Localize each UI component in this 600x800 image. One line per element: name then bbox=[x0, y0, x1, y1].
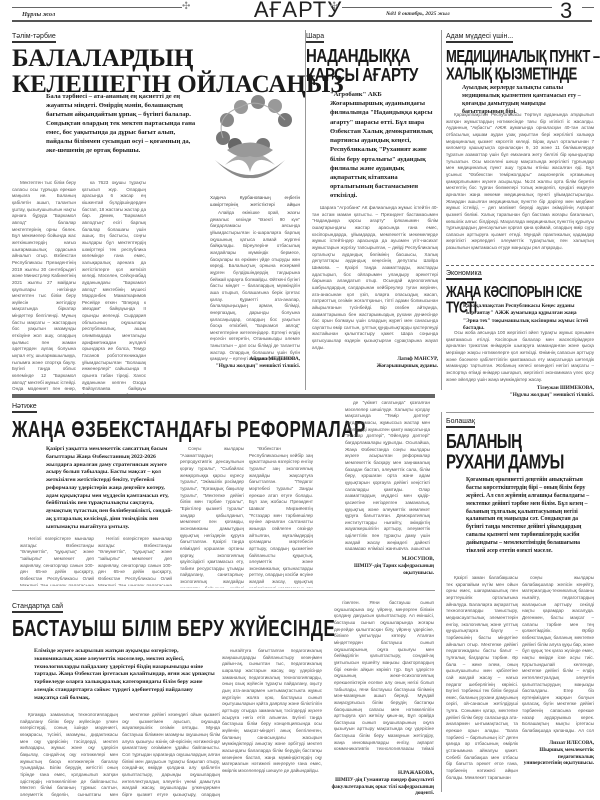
body-column: Қазіргі заман балабақшасы тек қарапайым … bbox=[446, 575, 518, 795]
signature: М.ЮСУПОВ, ШМПУ-дің Тарих кафедрасының оқ… bbox=[330, 556, 434, 576]
headline-line: ХАЛЫҚ ҚЫЗМЕТІНДЕ bbox=[446, 65, 600, 83]
body-paragraph: Қарақалпақстан Республикасы Төрткүл ауда… bbox=[446, 112, 594, 252]
author-title: ШМПУ-дің Тарих кафедрасының оқытушысы. bbox=[330, 563, 434, 577]
section-separator bbox=[446, 412, 594, 413]
lead-paragraph: Қазіргі уақытта мемлекеттік саясаттың ба… bbox=[46, 446, 176, 531]
signature: Н.РАЖАБОВА, ШМПУ-дің Гуманитар пәндер фа… bbox=[322, 770, 434, 797]
body-column: Қарақалпақстан Республикасы Төрткүл ауда… bbox=[446, 112, 594, 262]
body-column: нығайтуға бағытталған педагогикалық жаңа… bbox=[222, 648, 322, 798]
body-column: "Өзбекстан Республикасының кейбір заң құ… bbox=[249, 446, 313, 588]
body-column: де "үкімет сағатында" қозғалған мәселеле… bbox=[345, 400, 430, 550]
author-name: М.ЮСУПОВ, bbox=[330, 556, 434, 563]
rubric: Болашақ bbox=[446, 418, 475, 428]
author-name: Латиф МАНСУР, bbox=[330, 356, 438, 363]
rubric: Шара bbox=[306, 33, 324, 43]
body-column: Негізгі өзгерістерге мыналар жатады: Өзб… bbox=[20, 536, 94, 586]
author-name: Тілеужан ШИМЕКОВА, bbox=[470, 385, 594, 392]
masthead-divider bbox=[12, 20, 592, 22]
body-paragraph: Негізгі өзгерістерге мыналар жатады: Өзб… bbox=[20, 536, 94, 586]
signature: Лиззат ИЛЕСОВА, Шыршық мемлекеттік педаг… bbox=[520, 740, 594, 767]
headline-line: ҚАРСЫ АҒАРТУ bbox=[306, 66, 418, 85]
lead-paragraph: Бала тәрбиесі – ата-ананың ең қасиетті д… bbox=[46, 93, 198, 156]
headline: ЖАҢА ӨЗБЕКСТАНДАҒЫ РЕФОРМАЛАР bbox=[12, 418, 366, 441]
column-divider bbox=[441, 30, 442, 390]
body-paragraph: Қазіргі заман балабақшасы тек қарапайым … bbox=[446, 575, 518, 781]
body-paragraph: соңғы жылдары балабақшалар желісін кеңей… bbox=[522, 575, 594, 735]
ornament-icon: ✣ bbox=[330, 1, 338, 12]
education-logo-icon bbox=[205, 90, 295, 190]
headline-line: БАЛАНЫҢ bbox=[446, 432, 564, 452]
body-paragraph: Негізгі өзгерістерге мыналар жатады: Өзб… bbox=[98, 536, 172, 586]
body-column: Қоғамда заманалық технологиялардың пайда… bbox=[20, 712, 118, 797]
body-column: гізелген. Яғни бастауыш сынып оқушыларын… bbox=[334, 600, 434, 750]
body-column: Мектептен тыс білім беру саласы осы тұрғ… bbox=[12, 180, 76, 395]
body-paragraph: мектепке дейінгі кезеңдегі ойын қызметі … bbox=[122, 712, 220, 797]
body-paragraph: де "үкімет сағатында" қозғалған мәселеле… bbox=[345, 400, 430, 550]
body-column: Алайда өкінішке орай, жазғы демалыс кезі… bbox=[210, 210, 300, 370]
headline: БАЛАНЫҢ РУХАНИ ДАМУЫ bbox=[446, 432, 564, 473]
column-divider bbox=[441, 412, 442, 792]
body-paragraph: Шараға "Агробанк" АК филиалында жұмыс іс… bbox=[312, 205, 438, 351]
body-column: Негізгі өзгерістерге мыналар жатады: Өзб… bbox=[98, 536, 172, 586]
body-paragraph: Осы жоба аясында 100 жергілікті әйел тұр… bbox=[446, 330, 594, 383]
image-caption: Хадича Курбанованың еңбегін шәкірттеріні… bbox=[210, 195, 300, 209]
rubric: Нәтиже bbox=[12, 403, 37, 413]
headline-line: НАДАНДЫҚҚА bbox=[306, 47, 418, 66]
author-title: Шыршық мемлекеттік педагогикалық универс… bbox=[520, 747, 594, 767]
headline: НАДАНДЫҚҚА ҚАРСЫ АҒАРТУ bbox=[306, 47, 418, 85]
section-divider bbox=[12, 394, 435, 398]
rubric: Экономика bbox=[446, 270, 482, 280]
body-column: ка 7623 оқушы тұрақты қатысып жүр. Олард… bbox=[82, 180, 146, 395]
rubric: Адам мүддесі үшін... bbox=[446, 33, 513, 43]
lead-paragraph: Қарақалпақстан Республикасы Кеңес ауданы… bbox=[463, 303, 591, 332]
body-column: Осы жоба аясында 100 жергілікті әйел тұр… bbox=[446, 330, 594, 384]
lead-paragraph: Еліміздe жүзеге асырылып жатқан ауқымды … bbox=[34, 648, 216, 702]
masthead-rule-end bbox=[582, 7, 594, 8]
body-paragraph: Мектептен тыс білім беру саласы осы тұрғ… bbox=[12, 180, 76, 395]
headline: БАСТАУЫШ БІЛІМ БЕРУ ЖҮЙЕСІНДЕ bbox=[12, 617, 335, 640]
headline-line: РУХАНИ ДАМУЫ bbox=[446, 452, 564, 472]
signature: Латиф МАНСУР, Жоғарышыршық ауданы. bbox=[330, 356, 438, 370]
body-paragraph: Алайда өкінішке орай, жазғы демалыс кезі… bbox=[210, 210, 300, 363]
headline: МЕДИЦИНАЛЫҚ ПУНКТ – ХАЛЫҚ ҚЫЗМЕТІНДЕ bbox=[446, 47, 600, 82]
masthead-rule-right bbox=[342, 7, 552, 8]
rubric: Стандартқа сай bbox=[12, 603, 63, 613]
rubric: Тәлім-тәрбие bbox=[12, 33, 56, 43]
ornament-icon: ✣ bbox=[182, 1, 190, 12]
headline-line: БАЛАЛАРДЫҢ bbox=[12, 47, 344, 71]
signature: Тілеужан ШИМЕКОВА, "Нұрлы жолдың" меншік… bbox=[470, 385, 594, 399]
section-divider bbox=[12, 590, 435, 591]
body-paragraph: гізелген. Яғни бастауыш сынып оқушыларын… bbox=[334, 600, 434, 750]
author-title: ШМПУ-дің Гуманитар пәндер факультеті фак… bbox=[322, 777, 434, 797]
body-column: Соңғы жылдары "Азаматтардың репродуктивт… bbox=[180, 446, 244, 588]
author-title: "Нұрлы жолдың" меншікті тілшісі. bbox=[200, 363, 300, 370]
body-column: мектепке дейінгі кезеңдегі ойын қызметі … bbox=[122, 712, 220, 797]
issue-date: №81 8 октябрь, 2025 жыл bbox=[386, 11, 450, 17]
author-title: Жоғарышыршық ауданы. bbox=[330, 363, 438, 370]
section-separator bbox=[446, 265, 594, 266]
author-name: Лиззат ИЛЕСОВА, bbox=[520, 740, 594, 747]
body-paragraph: Соңғы жылдары "Азаматтардың репродуктивт… bbox=[180, 446, 244, 588]
lead-paragraph: "Агробанк" АКБ Жоғарышыршық ауданындағы … bbox=[330, 90, 435, 201]
author-name: Н.РАЖАБОВА, bbox=[322, 770, 434, 777]
body-paragraph: ка 7623 оқушы тұрақты қатысып жүр. Олард… bbox=[82, 180, 146, 395]
body-column: соңғы жылдары балабақшалар желісін кеңей… bbox=[522, 575, 594, 735]
body-column: Шараға "Агробанк" АК филиалында жұмыс іс… bbox=[312, 205, 438, 355]
author-title: "Нұрлы жолдың" меншікті тілшісі. bbox=[470, 392, 594, 399]
paper-name: Нұрлы жол bbox=[22, 11, 55, 18]
lead-paragraph: Қоғамның өркениетті деңгейін анықтайтын … bbox=[466, 477, 594, 556]
body-paragraph: Қоғамда заманалық технологиялардың пайда… bbox=[20, 712, 118, 797]
masthead-rule-left bbox=[12, 7, 182, 8]
body-paragraph: "Өзбекстан Республикасының кейбір заң құ… bbox=[249, 446, 313, 588]
signature: Айдана МЕДЕНОВА, "Нұрлы жолдың" меншікті… bbox=[200, 356, 300, 370]
headline-line: МЕДИЦИНАЛЫҚ ПУНКТ – bbox=[446, 47, 600, 65]
author-name: Айдана МЕДЕНОВА, bbox=[200, 356, 300, 363]
body-paragraph: нығайтуға бағытталған педагогикалық жаңа… bbox=[222, 648, 322, 774]
